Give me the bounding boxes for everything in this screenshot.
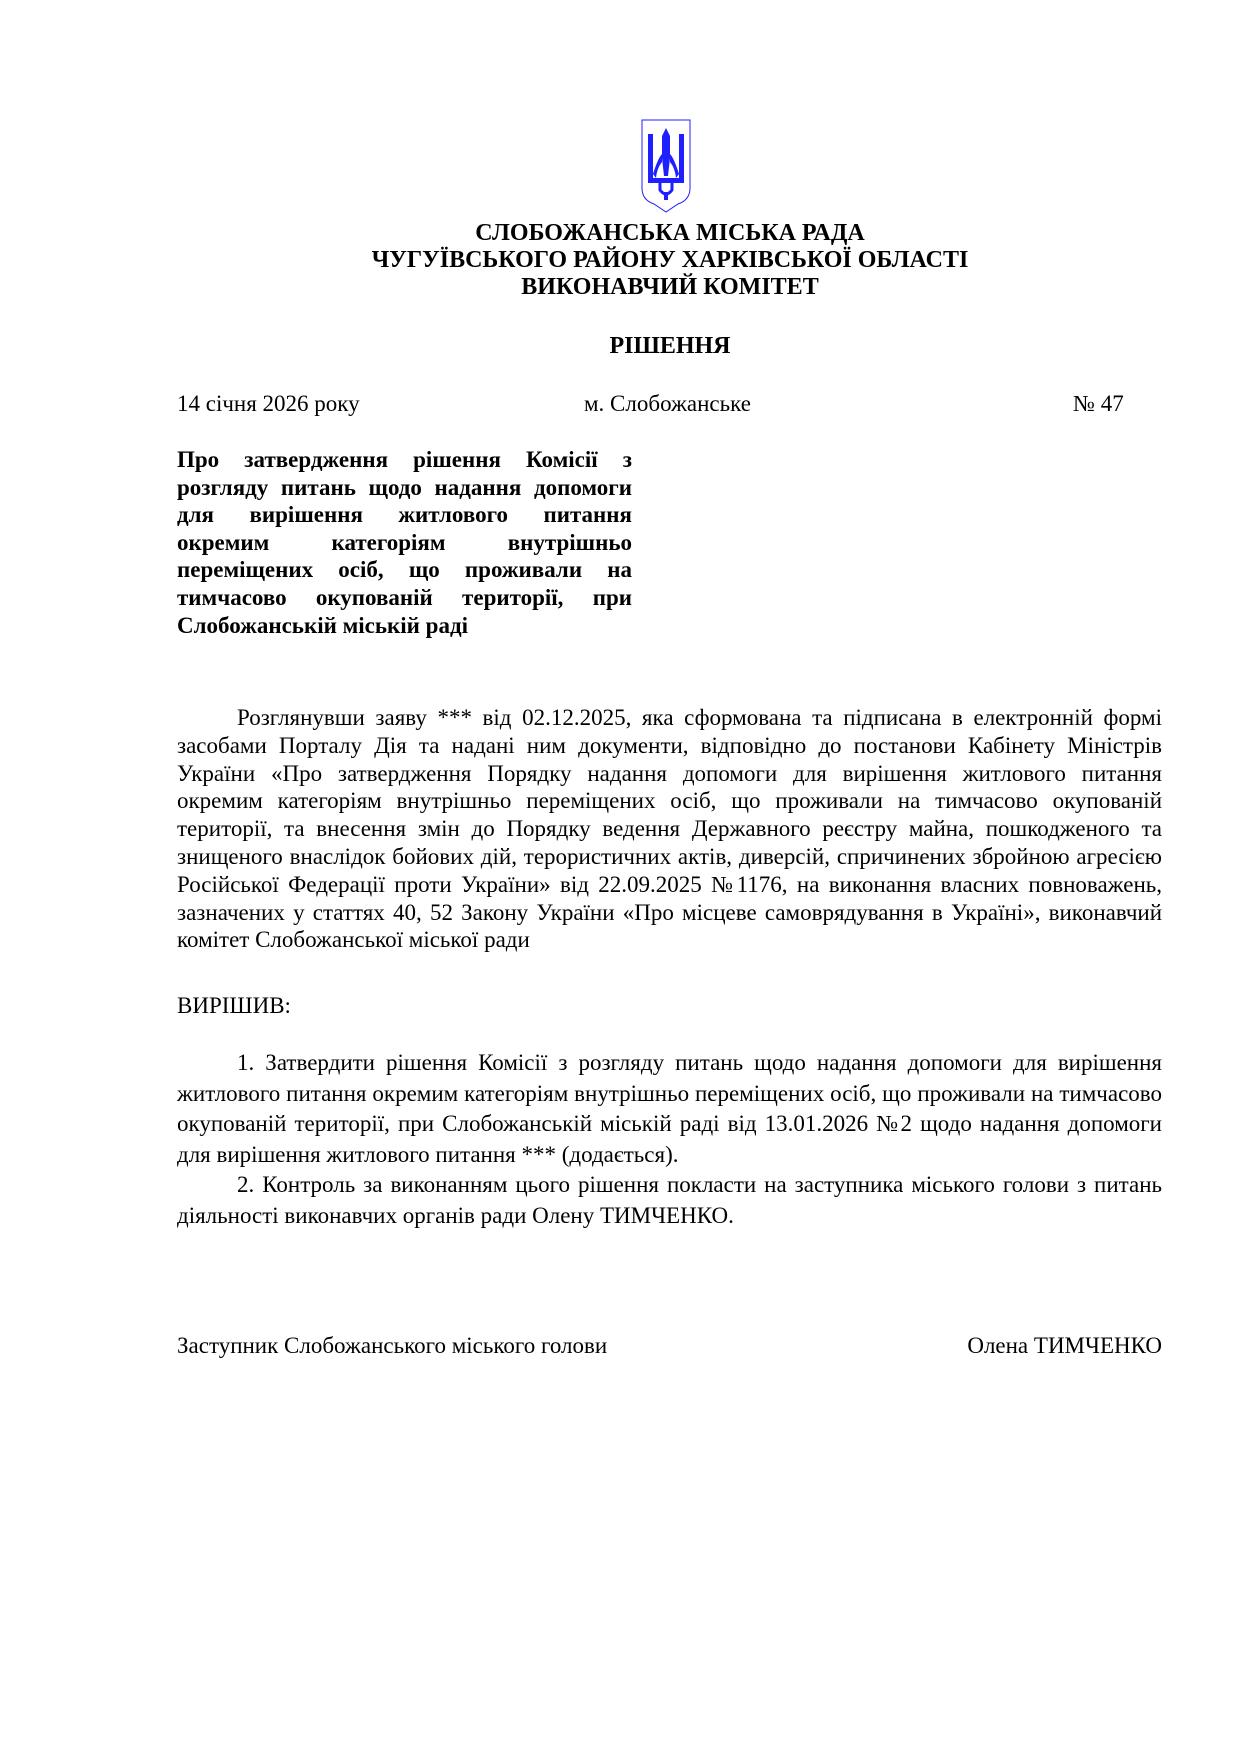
document-page: СЛОБОЖАНСЬКА МІСЬКА РАДА ЧУГУЇВСЬКОГО РА…	[0, 0, 1240, 1754]
document-place: м. Слобожанське	[584, 391, 751, 417]
committee-name: ВИКОНАВЧИЙ КОМІТЕТ	[0, 274, 1240, 301]
resolution-item: 1. Затвердити рішення Комісії з розгляду…	[177, 1048, 1162, 1170]
resolution-item: 2. Контроль за виконанням цього рішення …	[177, 1170, 1162, 1231]
resolved-label: ВИРІШИВ:	[177, 993, 291, 1019]
preamble-paragraph: Розглянувши заяву *** від 02.12.2025, як…	[177, 704, 1162, 954]
document-date: 14 січня 2026 року	[177, 391, 360, 417]
council-name: СЛОБОЖАНСЬКА МІСЬКА РАДА	[0, 220, 1240, 247]
signatory-role: Заступник Слобожанського міського голови	[177, 1333, 607, 1359]
document-type: РІШЕННЯ	[0, 333, 1240, 360]
document-subject: Про затвердження рішення Комісії з розгл…	[177, 446, 632, 639]
ukraine-coat-of-arms-icon	[640, 118, 692, 214]
district-name: ЧУГУЇВСЬКОГО РАЙОНУ ХАРКІВСЬКОЇ ОБЛАСТІ	[0, 247, 1240, 274]
signatory-name: Олена ТИМЧЕНКО	[967, 1333, 1162, 1359]
document-number: № 47	[1073, 391, 1124, 417]
